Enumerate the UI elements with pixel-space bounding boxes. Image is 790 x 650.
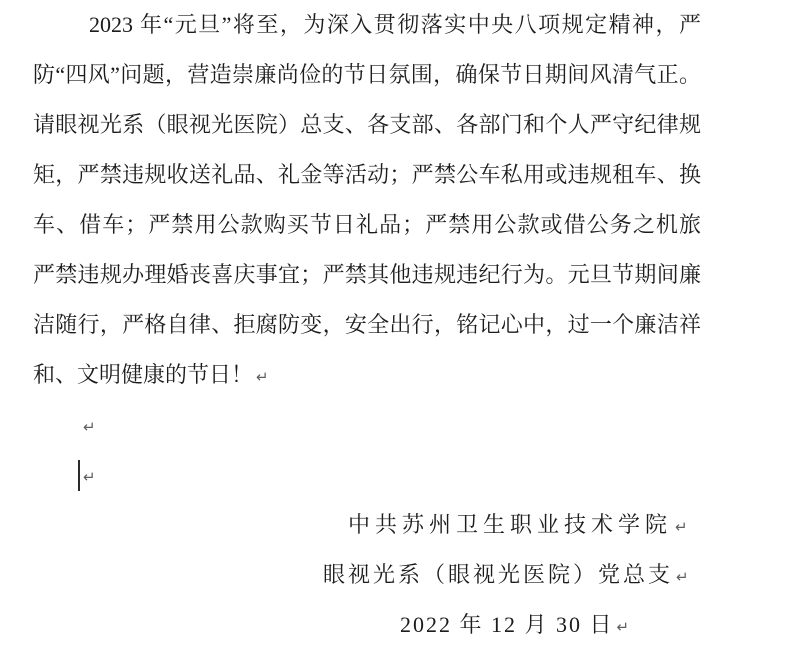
empty-paragraph-with-cursor[interactable]: ↵ — [33, 450, 701, 500]
paragraph-line[interactable]: 矩，严禁违规收送礼品、礼金等活动；严禁公车私用或违规租车、换 — [33, 150, 701, 200]
paragraph-mark-icon: ↵ — [83, 418, 96, 436]
signature-org-2-text: 眼视光系（眼视光医院）党总支 — [323, 562, 673, 587]
signature-date-line[interactable]: 2022 年 12 月 30 日↵ — [33, 600, 701, 650]
paragraph-line[interactable]: 防“四风”问题，营造崇廉尚俭的节日氛围，确保节日期间风清气正。 — [33, 50, 701, 100]
paragraph-mark-icon: ↵ — [83, 468, 96, 486]
signature-date-text: 2022 年 12 月 30 日 — [400, 612, 614, 637]
paragraph-line[interactable]: 车、借车；严禁用公款购买节日礼品；严禁用公款或借公务之机旅游； — [33, 200, 701, 250]
paragraph-line[interactable]: 请眼视光系（眼视光医院）总支、各支部、各部门和个人严守纪律规 — [33, 100, 701, 150]
paragraph-mark-icon: ↵ — [676, 568, 689, 586]
signature-org-line-1[interactable]: 中共苏州卫生职业技术学院↵ — [33, 500, 701, 550]
document-page[interactable]: 2023 年“元旦”将至，为深入贯彻落实中央八项规定精神，严 防“四风”问题，营… — [0, 0, 790, 650]
paragraph-line[interactable]: 2023 年“元旦”将至，为深入贯彻落实中央八项规定精神，严 — [33, 0, 701, 50]
signature-org-line-2[interactable]: 眼视光系（眼视光医院）党总支↵ — [33, 550, 701, 600]
signature-org-1-text: 中共苏州卫生职业技术学院 — [348, 512, 672, 537]
document-text-column[interactable]: 2023 年“元旦”将至，为深入贯彻落实中央八项规定精神，严 防“四风”问题，营… — [33, 0, 701, 650]
paragraph-mark-icon: ↵ — [617, 618, 630, 636]
paragraph-mark-icon: ↵ — [256, 368, 269, 386]
paragraph-mark-icon: ↵ — [675, 518, 688, 536]
paragraph-line[interactable]: 和、文明健康的节日！↵ — [33, 350, 701, 400]
paragraph-text: 和、文明健康的节日！ — [33, 362, 253, 387]
paragraph-line[interactable]: 严禁违规办理婚丧喜庆事宜；严禁其他违规违纪行为。元旦节期间廉 — [33, 250, 701, 300]
empty-paragraph[interactable]: ↵ — [33, 400, 701, 450]
text-cursor — [78, 460, 80, 491]
paragraph-line[interactable]: 洁随行，严格自律、拒腐防变，安全出行，铭记心中，过一个廉洁祥 — [33, 300, 701, 350]
